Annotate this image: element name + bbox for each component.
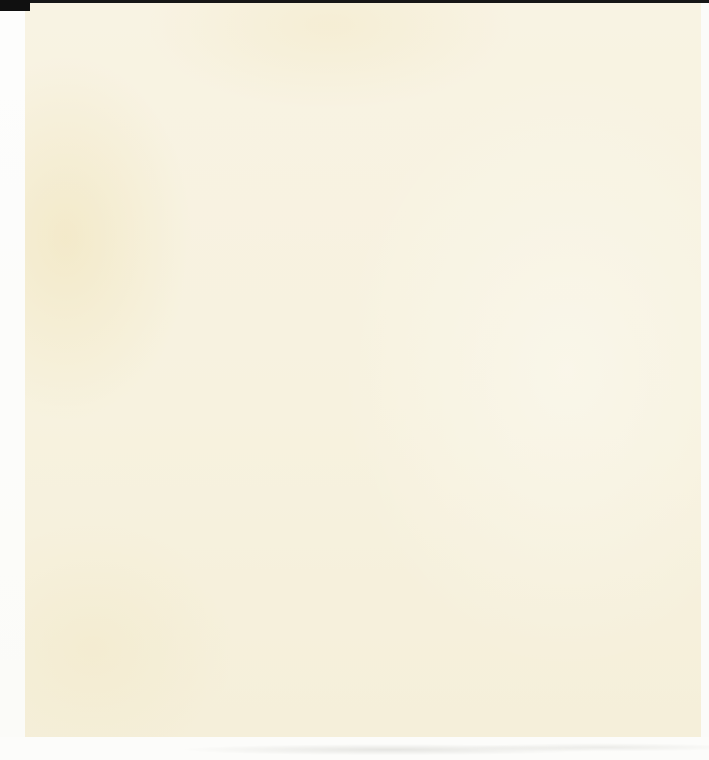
scan-margin-left	[0, 0, 25, 760]
scanned-letter: 1 giugno Italian Embassy, 4, Grosvenor S…	[0, 0, 709, 760]
scan-margin-right	[701, 0, 709, 760]
scan-corner-mark	[0, 0, 30, 11]
scan-margin-bottom	[0, 737, 709, 760]
letter-paper	[25, 3, 702, 738]
scan-edge-top	[0, 0, 709, 3]
